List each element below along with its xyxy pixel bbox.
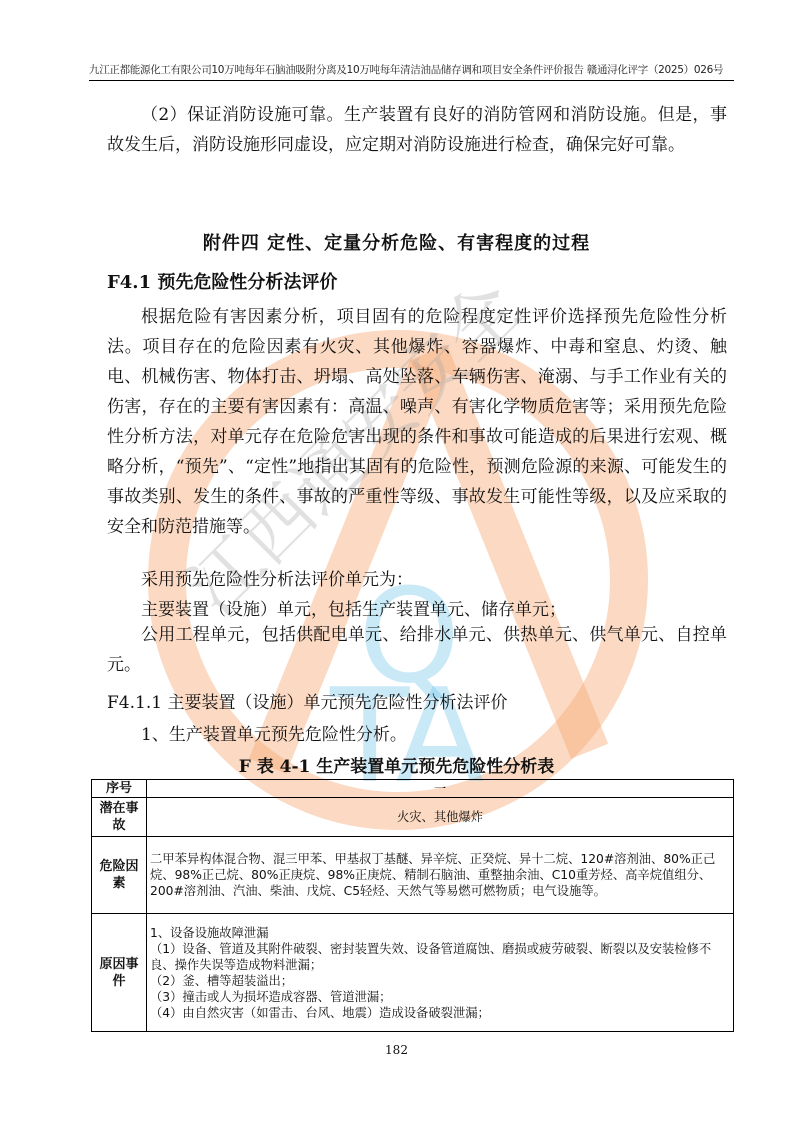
table-row: 序号 一 [92,780,734,798]
row-label: 原因事件 [92,914,147,1032]
row-label: 潜在事故 [92,798,147,837]
cause-line: 1、设备设施故障泄漏 [150,925,730,941]
table-title: F 表 4-1 生产装置单元预先危险性分析表 [0,752,793,777]
cause-line: （2）釜、槽等超装溢出； [150,973,730,989]
units-intro-line: 采用预先危险性分析法评价单元为： [141,565,413,590]
row-value: 1、设备设施故障泄漏 （1）设备、管道及其附件破裂、密封装置失效、设备管道腐蚀、… [147,914,734,1032]
section-heading: F4.1 预先危险性分析法评价 [107,268,337,294]
table-row: 潜在事故 火灾、其他爆炸 [92,798,734,837]
page-number: 182 [0,1043,793,1057]
subsection-item-1: 1、生产装置单元预先危险性分析。 [141,720,407,745]
cause-line: （1）设备、管道及其附件破裂、密封装置失效、设备管道腐蚀、磨损或疲劳破裂、断裂以… [150,941,730,973]
appendix-title: 附件四 定性、定量分析危险、有害程度的过程 [0,229,793,255]
main-unit-line: 主要装置（设施）单元，包括生产装置单元、储存单元； [141,595,566,620]
document-page: Q TA 江西通安安全 九江正都能源化工有限公司10万吨每年石脑油吸附分离及10… [0,0,793,1122]
row-value: 一 [147,780,734,798]
pha-table: 序号 一 潜在事故 火灾、其他爆炸 危险因素 二甲苯异构体混合物、混三甲苯、甲基… [91,779,734,1032]
intro-paragraph: （2）保证消防设施可靠。生产装置有良好的消防管网和消防设施。但是，事故发生后，消… [107,100,727,160]
cause-line: （3）撞击或人为损坏造成容器、管道泄漏； [150,989,730,1005]
row-value: 火灾、其他爆炸 [147,798,734,837]
cause-line: （4）由自然灾害（如雷击、台风、地震）造成设备破裂泄漏； [150,1005,730,1021]
table-row: 危险因素 二甲苯异构体混合物、混三甲苯、甲基叔丁基醚、异辛烷、正癸烷、异十二烷、… [92,837,734,914]
public-unit-paragraph: 公用工程单元，包括供配电单元、给排水单元、供热单元、供气单元、自控单元。 [107,620,727,680]
section-paragraph-1: 根据危险有害因素分析，项目固有的危险程度定性评价选择预先危险性分析法。项目存在的… [107,302,727,542]
running-header: 九江正都能源化工有限公司10万吨每年石脑油吸附分离及10万吨每年清洁油品储存调和… [89,62,734,81]
subsection-heading: F4.1.1 主要装置（设施）单元预先危险性分析法评价 [107,688,507,713]
row-value: 二甲苯异构体混合物、混三甲苯、甲基叔丁基醚、异辛烷、正癸烷、异十二烷、120#溶… [147,837,734,914]
table-row: 原因事件 1、设备设施故障泄漏 （1）设备、管道及其附件破裂、密封装置失效、设备… [92,914,734,1032]
row-label: 危险因素 [92,837,147,914]
row-label: 序号 [92,780,147,798]
